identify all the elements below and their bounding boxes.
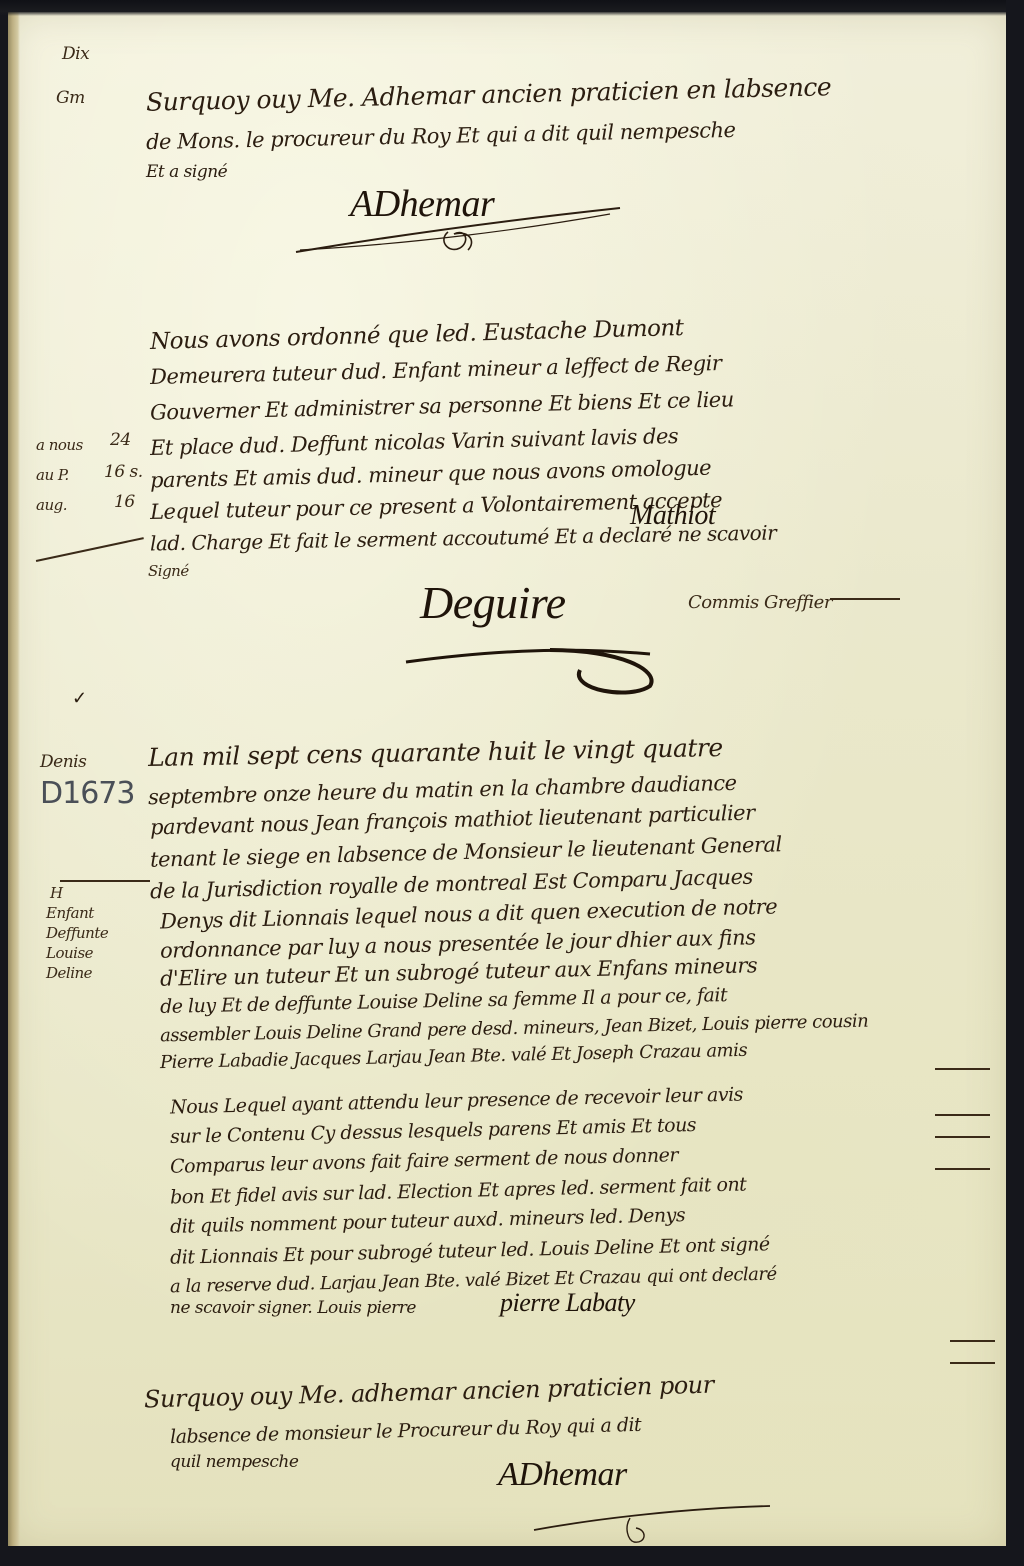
page-binding-fold [8,12,20,1549]
margin-note-line: Deffunte [46,924,108,942]
fee-amount: 24 [110,430,131,450]
margin-note-line: Deline [46,964,92,982]
margin-note-dix: Dix [62,44,89,64]
signature-flourish [400,640,680,700]
margin-note-line: H [50,884,63,902]
section1-line: Et a signé [146,162,227,182]
fee-amount: 16 [114,492,135,512]
signature-deguire: Deguire [420,576,566,629]
fee-label: a nous [36,436,83,454]
clerk-title-rule [830,598,900,600]
section5-line: quil nempesche [170,1452,298,1472]
fee-label: aug. [36,496,67,514]
margin-note-signe: Signé [148,562,189,580]
margin-rule [950,1340,995,1342]
margin-rule [935,1168,990,1170]
scan-background-top [0,0,1024,16]
signature-mathiot: Mathiot [630,500,715,532]
margin-rule [935,1068,990,1070]
fee-label: au P. [36,466,69,484]
fee-amount: 16 s. [104,462,143,482]
section4-line: ne scavoir signer. Louis pierre [170,1298,416,1318]
scan-background-right [1006,0,1024,1566]
signature-flourish [290,200,630,260]
margin-rule [60,880,150,882]
margin-note-line: Louise [46,944,93,962]
scan-background-bottom [0,1546,1024,1566]
checkmark: ✓ [72,688,87,709]
margin-note-gm: Gm [56,88,85,108]
margin-note-name: Denis [40,752,86,772]
margin-rule [935,1136,990,1138]
signature-labaty: pierre Labaty [500,1288,635,1318]
margin-rule [935,1114,990,1116]
archive-reference-stamp: D1673 [40,776,134,811]
margin-rule [950,1362,995,1364]
clerk-title: Commis Greffier [688,592,832,613]
signature-flourish [520,1488,780,1548]
margin-note-line: Enfant [46,904,94,922]
